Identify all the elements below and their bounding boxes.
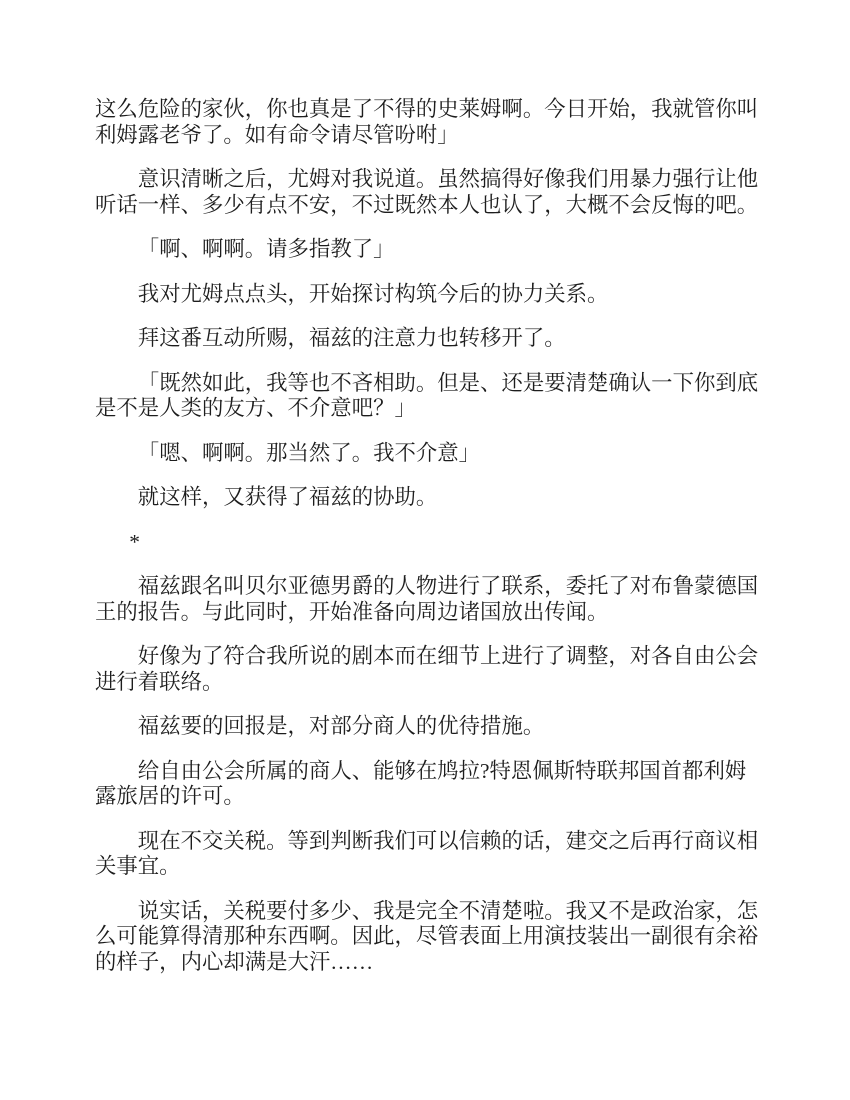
paragraph: 意识清晰之后，尤姆对我说道。虽然搞得好像我们用暴力强行让他听话一样、多少有点不安… (95, 167, 763, 218)
paragraph: 「既然如此，我等也不吝相助。但是、还是要清楚确认一下你到底是不是人类的友方、不介… (95, 371, 763, 422)
paragraph: 说实话，关税要付多少、我是完全不清楚啦。我又不是政治家，怎么可能算得清那种东西啊… (95, 899, 763, 976)
paragraph: 我对尤姆点点头，开始探讨构筑今后的协力关系。 (95, 282, 763, 308)
paragraph: 拜这番互动所赐，福兹的注意力也转移开了。 (95, 326, 763, 352)
paragraph: 好像为了符合我所说的剧本而在细节上进行了调整，对各自由公会进行着联络。 (95, 644, 763, 695)
paragraph: 福兹要的回报是，对部分商人的优待措施。 (95, 714, 763, 740)
paragraph: 「啊、啊啊。请多指教了」 (95, 237, 763, 263)
paragraph: 给自由公会所属的商人、能够在鸠拉?特恩佩斯特联邦国首都利姆露旅居的许可。 (95, 759, 763, 810)
paragraph: 这么危险的家伙，你也真是了不得的史莱姆啊。今日开始，我就管你叫利姆露老爷了。如有… (95, 97, 763, 148)
chapter-text: 这么危险的家伙，你也真是了不得的史莱姆啊。今日开始，我就管你叫利姆露老爷了。如有… (95, 97, 763, 994)
paragraph: 现在不交关税。等到判断我们可以信赖的话，建交之后再行商议相关事宜。 (95, 829, 763, 880)
paragraph: 就这样，又获得了福兹的协助。 (95, 485, 763, 511)
paragraph: 福兹跟名叫贝尔亚德男爵的人物进行了联系，委托了对布鲁蒙德国王的报告。与此同时，开… (95, 574, 763, 625)
section-separator: * (95, 530, 763, 556)
paragraph: 「嗯、啊啊。那当然了。我不介意」 (95, 441, 763, 467)
